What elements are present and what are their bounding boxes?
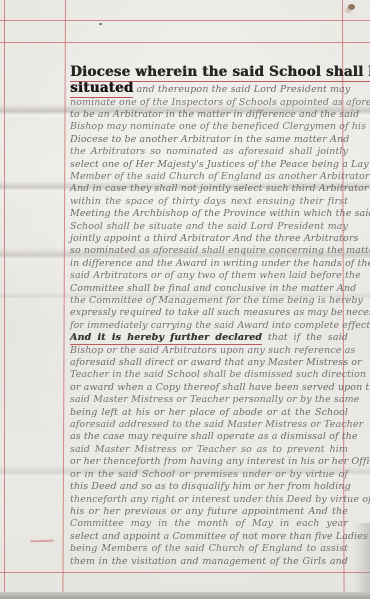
script-text: or in the said School or premises under … — [70, 469, 348, 480]
ruled-line-vertical-left-inner — [62, 0, 66, 599]
manuscript-line: in difference and the Award in writing u… — [70, 258, 348, 270]
script-text: or award when a Copy thereof shall have … — [70, 382, 370, 393]
manuscript-line: so nominated as aforesaid shall enquire … — [70, 245, 348, 257]
script-text: the Committee of Management for the time… — [70, 295, 363, 306]
script-text: to be an Arbitrator in the matter in dif… — [70, 109, 359, 120]
script-text: being Members of the said Church of Engl… — [70, 543, 348, 554]
script-text: Meeting the Archbishop of the Province w… — [70, 208, 370, 219]
script-text: expressly required to take all such meas… — [70, 307, 370, 318]
manuscript-line: Diocese to be another Arbitrator in the … — [70, 134, 348, 146]
manuscript-line: Bishop may nominate one of the beneficed… — [70, 121, 348, 133]
script-text: said Master Mistress or Teacher so as to… — [70, 444, 348, 455]
manuscript-line: And in case they shall not jointly selec… — [70, 183, 348, 195]
manuscript-line: or in the said School or premises under … — [70, 469, 348, 481]
manuscript-line: Diocese wherein the said School shall be — [70, 65, 348, 82]
script-text: thenceforth any right or interest under … — [70, 494, 370, 505]
manuscript-line: Teacher in the said School shall be dism… — [70, 369, 348, 381]
manuscript-line: And it is hereby further declared that i… — [70, 332, 348, 344]
scan-bed-edge — [0, 592, 370, 599]
script-text: so nominated as aforesaid shall enquire … — [70, 245, 370, 256]
manuscript-line: the Committee of Management for the time… — [70, 295, 348, 307]
manuscript-line: this Deed and so as to disqualify him or… — [70, 481, 348, 493]
script-text: said Arbitrators or of any two of them w… — [70, 270, 361, 281]
script-text: Teacher in the said School shall be dism… — [70, 369, 366, 380]
manuscript-line: jointly appoint a third Arbitrator And t… — [70, 233, 348, 245]
script-text: School shall be situate and the said Lor… — [70, 221, 348, 232]
manuscript-line: Committee may in the month of May in eac… — [70, 518, 348, 530]
ink-stain — [348, 4, 355, 10]
script-text: within the space of thirty days next ens… — [70, 196, 348, 207]
manuscript-line: the Arbitrators so nominated as aforesai… — [70, 146, 348, 158]
manuscript-line: Bishop or the said Arbitrators upon any … — [70, 345, 348, 357]
ruled-line-horizontal-bottom — [0, 572, 370, 573]
script-text: in difference and the Award in writing u… — [70, 258, 370, 269]
manuscript-line: select and appoint a Committee of not mo… — [70, 531, 348, 543]
manuscript-line: School shall be situate and the said Lor… — [70, 221, 348, 233]
manuscript-line: as the case may require shall operate as… — [70, 431, 348, 443]
script-text: And in case they shall not jointly selec… — [70, 183, 369, 194]
manuscript-line: his or her previous or any future appoin… — [70, 506, 348, 518]
script-text: Committee may in the month of May in eac… — [70, 518, 348, 529]
ruled-line-vertical-left-outer — [4, 0, 5, 599]
manuscript-line: to be an Arbitrator in the matter in dif… — [70, 109, 348, 121]
heading-text: situated — [70, 80, 133, 98]
script-text: the Arbitrators so nominated as aforesai… — [70, 146, 348, 157]
script-text: select and appoint a Committee of not mo… — [70, 531, 368, 542]
manuscript-line: Committee shall be final and conclusive … — [70, 283, 348, 295]
paper-speck — [99, 23, 102, 25]
script-text: or her thenceforth from having any inter… — [70, 456, 370, 467]
script-text: as the case may require shall operate as… — [70, 431, 358, 442]
script-text: Member of the said Church of England as … — [70, 171, 370, 182]
manuscript-line: said Master Mistress or Teacher personal… — [70, 394, 348, 406]
script-text: Bishop may nominate one of the beneficed… — [70, 121, 366, 132]
script-text: that if the said — [268, 332, 348, 343]
manuscript-line: nominate one of the Inspectors of School… — [70, 97, 348, 109]
manuscript-line: expressly required to take all such meas… — [70, 307, 348, 319]
manuscript-line: said Master Mistress or Teacher so as to… — [70, 444, 348, 456]
document-page: Diocese wherein the said School shall be… — [0, 0, 370, 599]
script-text: nominate one of the Inspectors of School… — [70, 97, 370, 108]
manuscript-line: thenceforth any right or interest under … — [70, 494, 348, 506]
manuscript-line: situated and thereupon the said Lord Pre… — [70, 82, 348, 97]
manuscript-line: or award when a Copy thereof shall have … — [70, 382, 348, 394]
script-text: for immediately carrying the said Award … — [70, 320, 370, 331]
ruled-line-horizontal-top-1 — [0, 20, 370, 21]
manuscript-line: Member of the said Church of England as … — [70, 171, 348, 183]
script-text: his or her previous or any future appoin… — [70, 506, 348, 517]
script-text: aforesaid shall direct or award that any… — [70, 357, 362, 368]
manuscript-line: or her thenceforth from having any inter… — [70, 456, 348, 468]
manuscript-line: Meeting the Archbishop of the Province w… — [70, 208, 348, 220]
manuscript-line: said Arbitrators or of any two of them w… — [70, 270, 348, 282]
script-text: this Deed and so as to disqualify him or… — [70, 481, 351, 492]
script-text: jointly appoint a third Arbitrator And t… — [70, 233, 358, 244]
manuscript-line: aforesaid addressed to the said Master M… — [70, 419, 348, 431]
script-text: and thereupon the said Lord President ma… — [137, 84, 351, 95]
manuscript-line: within the space of thirty days next ens… — [70, 196, 348, 208]
manuscript-line: being Members of the said Church of Engl… — [70, 543, 348, 555]
manuscript-line: being left at his or her place of abode … — [70, 407, 348, 419]
script-text: them in the visitation and management of… — [70, 556, 348, 567]
script-text: select one of Her Majesty's Justices of … — [70, 159, 369, 170]
script-text: Bishop or the said Arbitrators upon any … — [70, 345, 355, 356]
manuscript-line: them in the visitation and management of… — [70, 556, 348, 568]
script-text: Diocese to be another Arbitrator in the … — [70, 134, 349, 145]
script-text: Committee shall be final and conclusive … — [70, 283, 356, 294]
manuscript-line: select one of Her Majesty's Justices of … — [70, 159, 348, 171]
ruled-line-horizontal-top-2 — [0, 42, 370, 43]
emphasized-clause: And it is hereby further declared — [70, 332, 262, 345]
script-text: said Master Mistress or Teacher personal… — [70, 394, 359, 405]
manuscript-line: for immediately carrying the said Award … — [70, 320, 348, 332]
manuscript-line: aforesaid shall direct or award that any… — [70, 357, 348, 369]
paper-edge-shadow — [354, 523, 370, 593]
manuscript-text: Diocese wherein the said School shall be… — [70, 65, 348, 568]
script-text: being left at his or her place of abode … — [70, 407, 348, 418]
heading-text: Diocese wherein the said School shall be — [70, 64, 370, 82]
red-margin-mark — [30, 540, 54, 543]
script-text: aforesaid addressed to the said Master M… — [70, 419, 363, 430]
